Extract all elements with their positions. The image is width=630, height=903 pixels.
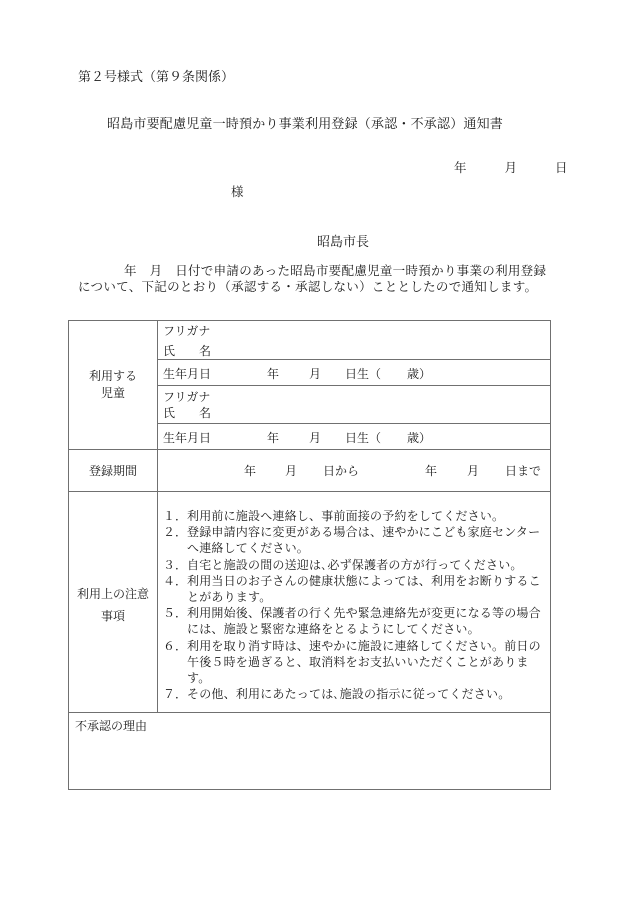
issuer-name: 昭島市長	[317, 231, 369, 250]
note-number: ７．	[163, 686, 187, 702]
period-from-month: 月	[285, 462, 297, 479]
note-number: ６．	[163, 638, 187, 687]
period-to-month: 月	[467, 462, 479, 479]
child1-birth-day: 日生（	[345, 365, 381, 382]
period-label: 登録期間	[69, 462, 157, 479]
registration-table: 利用する 児童 フリガナ 氏 名 生年月日 年 月 日生（ 歳） フリガナ 氏 …	[68, 320, 551, 790]
note-number: ４．	[163, 573, 187, 605]
child2-birth-year: 年	[267, 429, 279, 446]
child2-birth-month: 月	[309, 429, 321, 446]
row-divider	[157, 359, 551, 360]
note-text: 利用当日のお子さんの健康状態によっては、利用をお断りすることがあります。	[187, 573, 543, 605]
note-item: ７．その他、利用にあたっては､施設の指示に従ってください。	[163, 686, 543, 702]
issue-date: 年 月 日	[454, 158, 567, 176]
notes-label: 利用上の注意 事項	[69, 583, 157, 627]
row-divider	[69, 491, 551, 492]
notice-paragraph: 年 月 日付で申請のあった昭島市要配慮児童一時預かり事業の利用登録について、下記…	[78, 263, 552, 295]
period-from-day: 日から	[323, 462, 359, 479]
note-text: 利用前に施設へ連絡し、事前面接の予約をしてください。	[187, 508, 504, 524]
child1-age: 歳）	[407, 365, 431, 382]
row-divider	[69, 449, 551, 450]
addressee-suffix: 様	[231, 182, 244, 200]
row-divider	[69, 712, 551, 713]
child1-furigana-label: フリガナ	[163, 322, 210, 339]
child2-birth-day: 日生（	[345, 429, 381, 446]
notice-text: 年 月 日付で申請のあった昭島市要配慮児童一時預かり事業の利用登録について、下記…	[78, 263, 546, 294]
note-number: １．	[163, 508, 187, 524]
note-item: ５．利用開始後、保護者の行く先や緊急連絡先が変更になる等の場合には、施設と緊密な…	[163, 605, 543, 637]
child2-birth-label: 生年月日	[163, 429, 211, 446]
child1-birth-month: 月	[309, 365, 321, 382]
note-item: ２．登録申請内容に変更がある場合は、速やかにこども家庭センターへ連絡してください…	[163, 524, 543, 556]
document-title: 昭島市要配慮児童一時預かり事業利用登録（承認・不承認）通知書	[107, 113, 503, 132]
note-text: 利用開始後、保護者の行く先や緊急連絡先が変更になる等の場合には、施設と緊密な連絡…	[187, 605, 543, 637]
note-item: ３．自宅と施設の間の送迎は､必ず保護者の方が行ってください。	[163, 557, 543, 573]
note-number: ２．	[163, 524, 187, 556]
note-text: その他、利用にあたっては､施設の指示に従ってください。	[187, 686, 510, 702]
date-month-label: 月	[504, 158, 517, 176]
row-divider	[157, 423, 551, 424]
child2-furigana-label: フリガナ	[163, 388, 210, 405]
note-item: １．利用前に施設へ連絡し、事前面接の予約をしてください。	[163, 508, 543, 524]
child2-name-label: 氏 名	[163, 404, 211, 421]
form-number: 第２号様式（第９条関係）	[78, 66, 234, 85]
child1-name-label: 氏 名	[163, 342, 211, 359]
notes-label-line1: 利用上の注意	[69, 583, 157, 605]
child1-birth-year: 年	[267, 365, 279, 382]
period-from-year: 年	[244, 462, 256, 479]
notes-list: １．利用前に施設へ連絡し、事前面接の予約をしてください。 ２．登録申請内容に変更…	[163, 508, 543, 702]
period-to-day: 日まで	[505, 462, 541, 479]
child-label-line2: 児童	[69, 385, 157, 402]
note-item: ６．利用を取り消す時は、速やかに施設に連絡してください。前日の午後５時を過ぎると…	[163, 638, 543, 687]
note-text: 登録申請内容に変更がある場合は、速やかにこども家庭センターへ連絡してください。	[187, 524, 543, 556]
note-item: ４．利用当日のお子さんの健康状態によっては、利用をお断りすることがあります。	[163, 573, 543, 605]
child2-age: 歳）	[407, 429, 431, 446]
child-label-line1: 利用する	[69, 368, 157, 385]
notes-label-line2: 事項	[69, 605, 157, 627]
note-text: 自宅と施設の間の送迎は､必ず保護者の方が行ってください。	[187, 557, 523, 573]
column-divider	[157, 321, 158, 712]
child-section-label: 利用する 児童	[69, 368, 157, 402]
date-year-label: 年	[454, 158, 467, 176]
note-text: 利用を取り消す時は、速やかに施設に連絡してください。前日の午後５時を過ぎると、取…	[187, 638, 543, 687]
period-to-year: 年	[425, 462, 437, 479]
child1-birth-label: 生年月日	[163, 365, 211, 382]
date-day-label: 日	[555, 158, 568, 176]
row-divider	[157, 385, 551, 386]
note-number: ５．	[163, 605, 187, 637]
rejection-reason-label: 不承認の理由	[75, 717, 147, 734]
note-number: ３．	[163, 557, 187, 573]
